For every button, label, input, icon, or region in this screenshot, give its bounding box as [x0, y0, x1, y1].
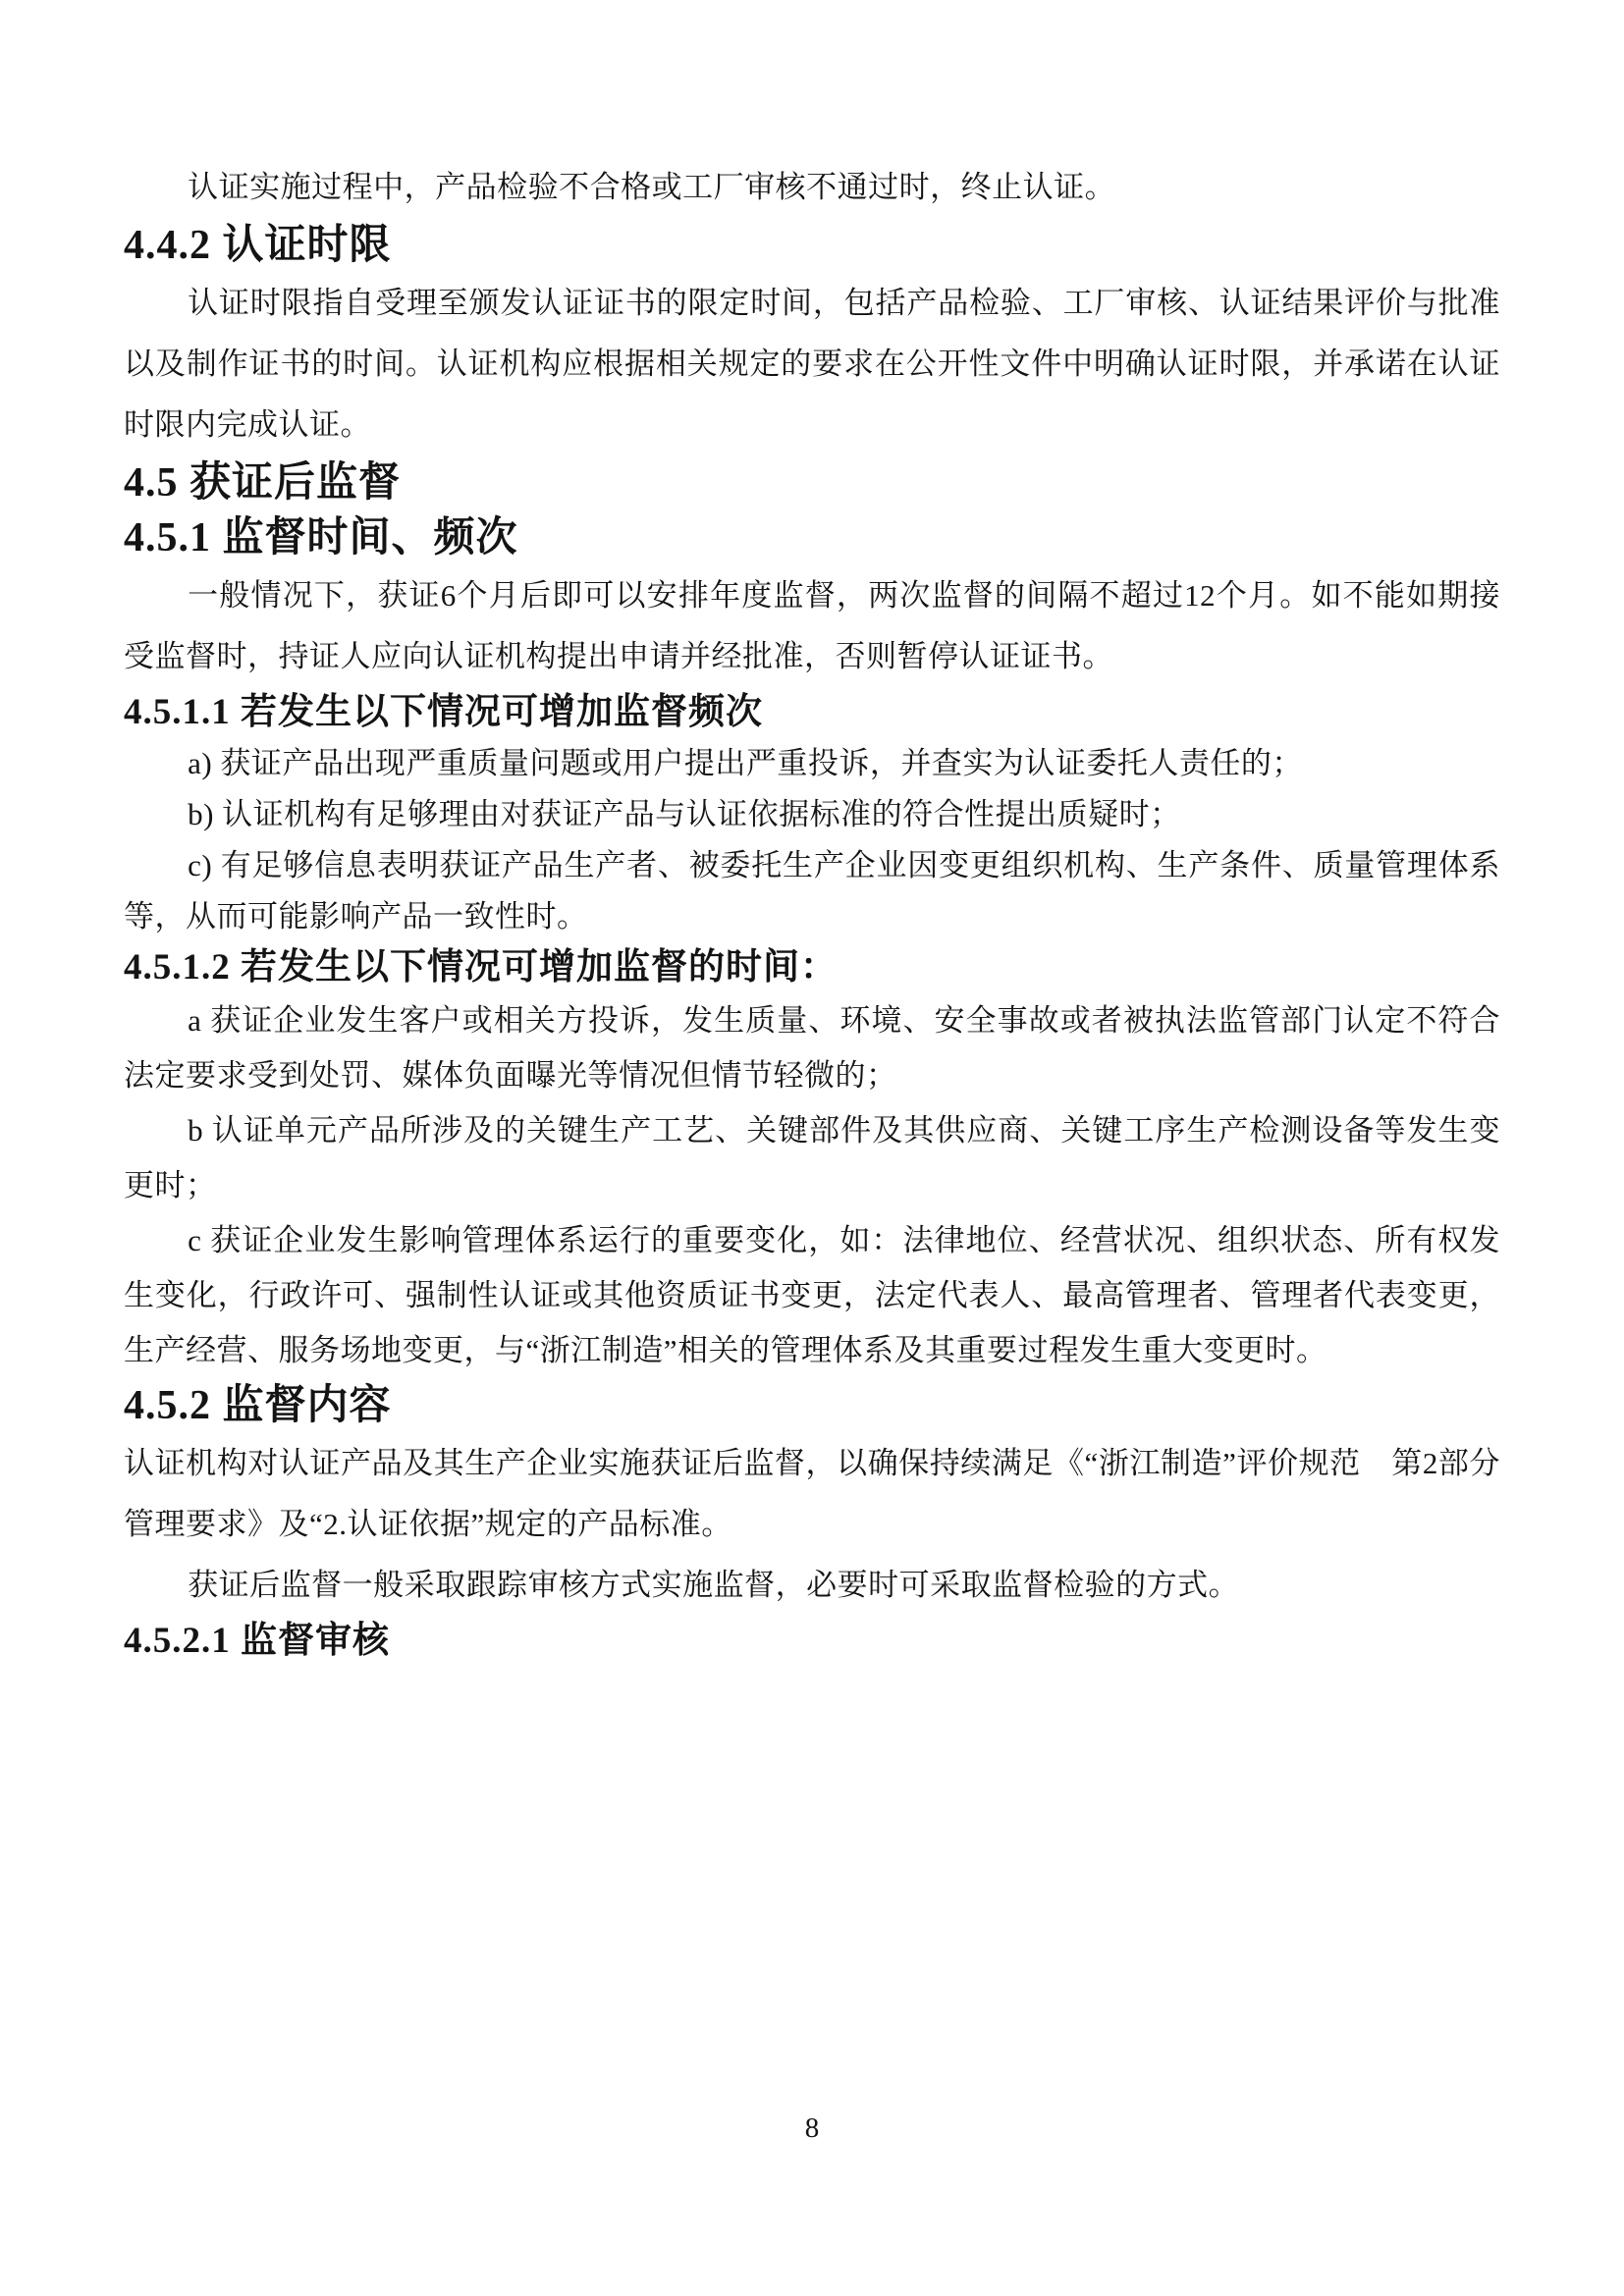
page-number: 8 — [0, 2112, 1624, 2145]
heading-4-5-2-supervision-content: 4.5.2 监督内容 — [124, 1378, 1500, 1433]
list-item-4512-c: c 获证企业发生影响管理体系运行的重要变化，如：法律地位、经营状况、组织状态、所… — [124, 1213, 1500, 1378]
paragraph-time-limit: 认证时限指自受理至颁发认证证书的限定时间，包括产品检验、工厂审核、认证结果评价与… — [124, 273, 1500, 455]
paragraph-supervision-content: 认证机构对认证产品及其生产企业实施获证后监督，以确保持续满足《“浙江制造”评价规… — [124, 1433, 1500, 1555]
heading-4-5-1-1-increase-frequency: 4.5.1.1 若发生以下情况可增加监督频次 — [124, 687, 1500, 738]
heading-4-5-1-supervision-time-frequency: 4.5.1 监督时间、频次 — [124, 510, 1500, 565]
heading-4-4-2-certification-time-limit: 4.4.2 认证时限 — [124, 218, 1500, 273]
paragraph-supervision-schedule: 一般情况下，获证6个月后即可以安排年度监督，两次监督的间隔不超过12个月。如不能… — [124, 565, 1500, 687]
heading-4-5-1-2-increase-supervision-time: 4.5.1.2 若发生以下情况可增加监督的时间： — [124, 942, 1500, 993]
list-item-4512-b: b 认证单元产品所涉及的关键生产工艺、关键部件及其供应商、关键工序生产检测设备等… — [124, 1103, 1500, 1213]
list-item-4511-b: b) 认证机构有足够理由对获证产品与认证依据标准的符合性提出质疑时； — [124, 789, 1500, 840]
paragraph-supervision-method: 获证后监督一般采取跟踪审核方式实施监督，必要时可采取监督检验的方式。 — [124, 1555, 1500, 1616]
list-item-4512-a: a 获证企业发生客户或相关方投诉，发生质量、环境、安全事故或者被执法监管部门认定… — [124, 993, 1500, 1103]
list-item-4511-c: c) 有足够信息表明获证产品生产者、被委托生产企业因变更组织机构、生产条件、质量… — [124, 840, 1500, 942]
heading-4-5-post-certification-supervision: 4.5 获证后监督 — [124, 455, 1500, 510]
document-page: 认证实施过程中，产品检验不合格或工厂审核不通过时，终止认证。 4.4.2 认证时… — [0, 0, 1624, 2296]
heading-4-5-2-1-supervision-audit: 4.5.2.1 监督审核 — [124, 1616, 1500, 1667]
list-item-4511-a: a) 获证产品出现严重质量问题或用户提出严重投诉，并查实为认证委托人责任的； — [124, 738, 1500, 789]
paragraph-termination: 认证实施过程中，产品检验不合格或工厂审核不通过时，终止认证。 — [124, 157, 1500, 218]
